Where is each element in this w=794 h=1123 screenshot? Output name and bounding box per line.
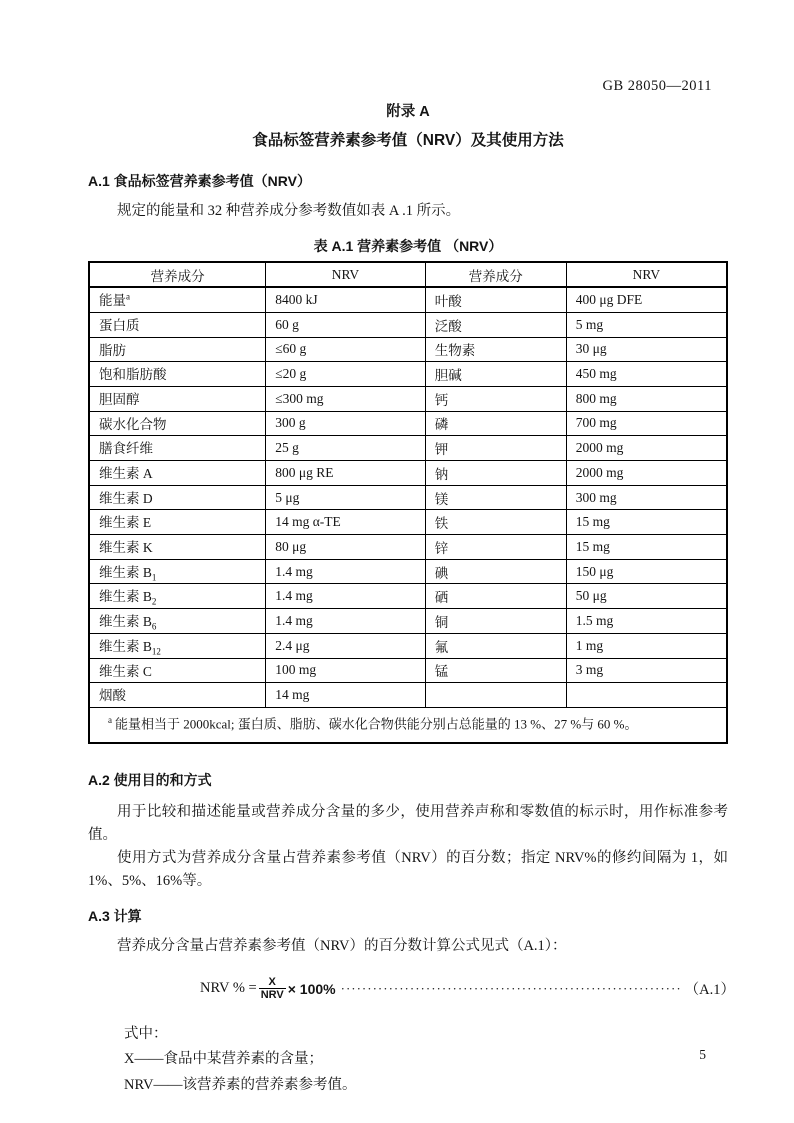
table-row: 胆固醇 ≤300 mg 钙 800 mg — [89, 386, 727, 411]
nutrient-name-cell: 脂肪 — [89, 337, 266, 362]
nrv-value-cell: 14 mg — [266, 683, 426, 708]
nutrient-name-cell: 胆碱 — [425, 362, 566, 387]
table-row: 维生素 D 5 μg 镁 300 mg — [89, 485, 727, 510]
nrv-value-cell: 30 μg — [566, 337, 727, 362]
nrv-value-cell: 300 mg — [566, 485, 727, 510]
nrv-value-cell: ≤20 g — [266, 362, 426, 387]
appendix-label: 附录 A — [88, 100, 728, 121]
nrv-value-cell: 1 mg — [566, 633, 727, 658]
header-nrv-2: NRV — [566, 262, 727, 287]
nrv-value-cell: 15 mg — [566, 510, 727, 535]
table-footnote-cell: a能量相当于 2000kcal; 蛋白质、脂肪、碳水化合物供能分别占总能量的 1… — [89, 707, 727, 742]
nutrient-name-cell: 能量a — [89, 287, 266, 312]
nutrient-name-cell: 锌 — [425, 535, 566, 560]
nutrient-name-cell: 锰 — [425, 658, 566, 683]
table-row: 膳食纤维 25 g 钾 2000 mg — [89, 436, 727, 461]
nrv-value-cell: 1.4 mg — [266, 609, 426, 634]
nutrient-name-cell: 维生素 D — [89, 485, 266, 510]
nrv-value-cell: 3 mg — [566, 658, 727, 683]
nrv-value-cell: 50 μg — [566, 584, 727, 609]
table-row: 碳水化合物 300 g 磷 700 mg — [89, 411, 727, 436]
formula-terms: 式中： X——食品中某营养素的含量； NRV——该营养素的营养素参考值。 — [88, 1022, 728, 1098]
nutrient-name-cell: 烟酸 — [89, 683, 266, 708]
formula-lhs: NRV % = — [200, 980, 257, 997]
nutrient-name-cell: 叶酸 — [425, 287, 566, 312]
table-row: 蛋白质 60 g 泛酸 5 mg — [89, 312, 727, 337]
footnote-text: 能量相当于 2000kcal; 蛋白质、脂肪、碳水化合物供能分别占总能量的 13… — [115, 716, 638, 731]
nutrient-name-cell: 磷 — [425, 411, 566, 436]
nutrient-name-cell: 钠 — [425, 461, 566, 486]
nutrient-name-cell: 硒 — [425, 584, 566, 609]
table-row: 维生素 B1 1.4 mg 碘 150 μg — [89, 559, 727, 584]
nutrient-name-cell: 饱和脂肪酸 — [89, 362, 266, 387]
header-nutrient-2: 营养成分 — [425, 262, 566, 287]
section-a2-heading: A.2 使用目的和方式 — [88, 770, 728, 790]
nutrient-name-cell: 维生素 A — [89, 461, 266, 486]
nrv-value-cell: 450 mg — [566, 362, 727, 387]
nutrient-name-cell: 维生素 K — [89, 535, 266, 560]
nutrient-name-cell: 维生素 B1 — [89, 559, 266, 584]
table-footnote-row: a能量相当于 2000kcal; 蛋白质、脂肪、碳水化合物供能分别占总能量的 1… — [89, 707, 727, 742]
nrv-value-cell: ≤300 mg — [266, 386, 426, 411]
nrv-value-cell: 60 g — [266, 312, 426, 337]
footnote-marker: a — [108, 715, 112, 725]
table-row: 维生素 B2 1.4 mg 硒 50 μg — [89, 584, 727, 609]
fraction-denominator: NRV — [259, 989, 286, 1002]
nrv-value-cell: 2000 mg — [566, 436, 727, 461]
appendix-title: 食品标签营养素参考值（NRV）及其使用方法 — [88, 128, 728, 150]
page-content: GB 28050—2011 附录 A 食品标签营养素参考值（NRV）及其使用方法… — [88, 78, 728, 1098]
nrv-value-cell: 300 g — [266, 411, 426, 436]
nutrient-name-cell: 维生素 E — [89, 510, 266, 535]
table-row: 维生素 E 14 mg α-TE 铁 15 mg — [89, 510, 727, 535]
nutrient-name-cell: 维生素 B6 — [89, 609, 266, 634]
nutrient-name-cell: 蛋白质 — [89, 312, 266, 337]
where-label: 式中： — [124, 1022, 728, 1047]
nutrient-name-cell: 维生素 B12 — [89, 633, 266, 658]
nutrient-name-cell — [425, 683, 566, 708]
nrv-value-cell: 1.5 mg — [566, 609, 727, 634]
nrv-value-cell: 25 g — [266, 436, 426, 461]
nrv-value-cell: 800 μg RE — [266, 461, 426, 486]
nutrient-name-cell: 维生素 C — [89, 658, 266, 683]
formula-a1: NRV % = X NRV × 100% ···················… — [200, 976, 735, 1002]
table-title: 表 A.1 营养素参考值 （NRV） — [88, 236, 728, 256]
dotted-leader: ········································… — [341, 981, 680, 997]
nrv-value-cell: 700 mg — [566, 411, 727, 436]
nrv-table: 营养成分 NRV 营养成分 NRV 能量a 8400 kJ 叶酸 400 μg … — [88, 261, 728, 744]
nrv-value-cell: 14 mg α-TE — [266, 510, 426, 535]
section-a2-paragraph-1: 用于比较和描述能量或营养成分含量的多少，使用营养声称和零数值的标示时，用作标准参… — [88, 801, 728, 847]
table-row: 维生素 B12 2.4 μg 氟 1 mg — [89, 633, 727, 658]
section-a1-paragraph: 规定的能量和 32 种营养成分参考数值如表 A .1 所示。 — [88, 200, 728, 223]
nrv-value-cell: 150 μg — [566, 559, 727, 584]
nutrient-name-cell: 镁 — [425, 485, 566, 510]
section-a1-heading: A.1 食品标签营养素参考值（NRV） — [88, 171, 728, 191]
document-page: GB 28050—2011 附录 A 食品标签营养素参考值（NRV）及其使用方法… — [0, 0, 794, 1123]
nutrient-name-cell: 胆固醇 — [89, 386, 266, 411]
table-row: 饱和脂肪酸 ≤20 g 胆碱 450 mg — [89, 362, 727, 387]
nrv-table-body: 能量a 8400 kJ 叶酸 400 μg DFE 蛋白质 60 g 泛酸 5 … — [89, 287, 727, 707]
nutrient-name-cell: 生物素 — [425, 337, 566, 362]
nrv-value-cell: 100 mg — [266, 658, 426, 683]
section-a3-paragraph: 营养成分含量占营养素参考值（NRV）的百分数计算公式见式（A.1）： — [88, 935, 728, 958]
nutrient-name-cell: 氟 — [425, 633, 566, 658]
nutrient-name-cell: 钙 — [425, 386, 566, 411]
table-row: 维生素 K 80 μg 锌 15 mg — [89, 535, 727, 560]
table-row: 能量a 8400 kJ 叶酸 400 μg DFE — [89, 287, 727, 312]
section-a3-heading: A.3 计算 — [88, 906, 728, 926]
header-nrv-1: NRV — [266, 262, 426, 287]
term-nrv: NRV——该营养素的营养素参考值。 — [124, 1073, 728, 1098]
nutrient-name-cell: 泛酸 — [425, 312, 566, 337]
nrv-value-cell: 1.4 mg — [266, 559, 426, 584]
nrv-value-cell — [566, 683, 727, 708]
nrv-value-cell: 80 μg — [266, 535, 426, 560]
nrv-value-cell: 800 mg — [566, 386, 727, 411]
nrv-value-cell: 15 mg — [566, 535, 727, 560]
page-number: 5 — [699, 1047, 706, 1063]
header-nutrient-1: 营养成分 — [89, 262, 266, 287]
nrv-value-cell: 8400 kJ — [266, 287, 426, 312]
nutrient-name-cell: 膳食纤维 — [89, 436, 266, 461]
table-row: 烟酸 14 mg — [89, 683, 727, 708]
section-a2-paragraph-2: 使用方式为营养成分含量占营养素参考值（NRV）的百分数；指定 NRV%的修约间隔… — [88, 847, 728, 893]
nutrient-name-cell: 碘 — [425, 559, 566, 584]
nrv-value-cell: 400 μg DFE — [566, 287, 727, 312]
table-header-row: 营养成分 NRV 营养成分 NRV — [89, 262, 727, 287]
nrv-value-cell: 5 μg — [266, 485, 426, 510]
table-row: 维生素 A 800 μg RE 钠 2000 mg — [89, 461, 727, 486]
table-row: 维生素 B6 1.4 mg 铜 1.5 mg — [89, 609, 727, 634]
nrv-value-cell: 5 mg — [566, 312, 727, 337]
standard-number: GB 28050—2011 — [88, 78, 728, 95]
term-x: X——食品中某营养素的含量； — [124, 1047, 728, 1072]
nrv-value-cell: 2000 mg — [566, 461, 727, 486]
equation-number: （A.1） — [685, 978, 735, 999]
nutrient-name-cell: 铜 — [425, 609, 566, 634]
formula-fraction: X NRV — [259, 976, 286, 1002]
nrv-value-cell: ≤60 g — [266, 337, 426, 362]
table-row: 脂肪 ≤60 g 生物素 30 μg — [89, 337, 727, 362]
table-row: 维生素 C 100 mg 锰 3 mg — [89, 658, 727, 683]
nrv-value-cell: 2.4 μg — [266, 633, 426, 658]
nutrient-name-cell: 钾 — [425, 436, 566, 461]
formula-multiplier: × 100% — [288, 981, 336, 997]
nrv-value-cell: 1.4 mg — [266, 584, 426, 609]
nutrient-name-cell: 铁 — [425, 510, 566, 535]
nutrient-name-cell: 维生素 B2 — [89, 584, 266, 609]
nutrient-name-cell: 碳水化合物 — [89, 411, 266, 436]
fraction-numerator: X — [259, 976, 286, 990]
